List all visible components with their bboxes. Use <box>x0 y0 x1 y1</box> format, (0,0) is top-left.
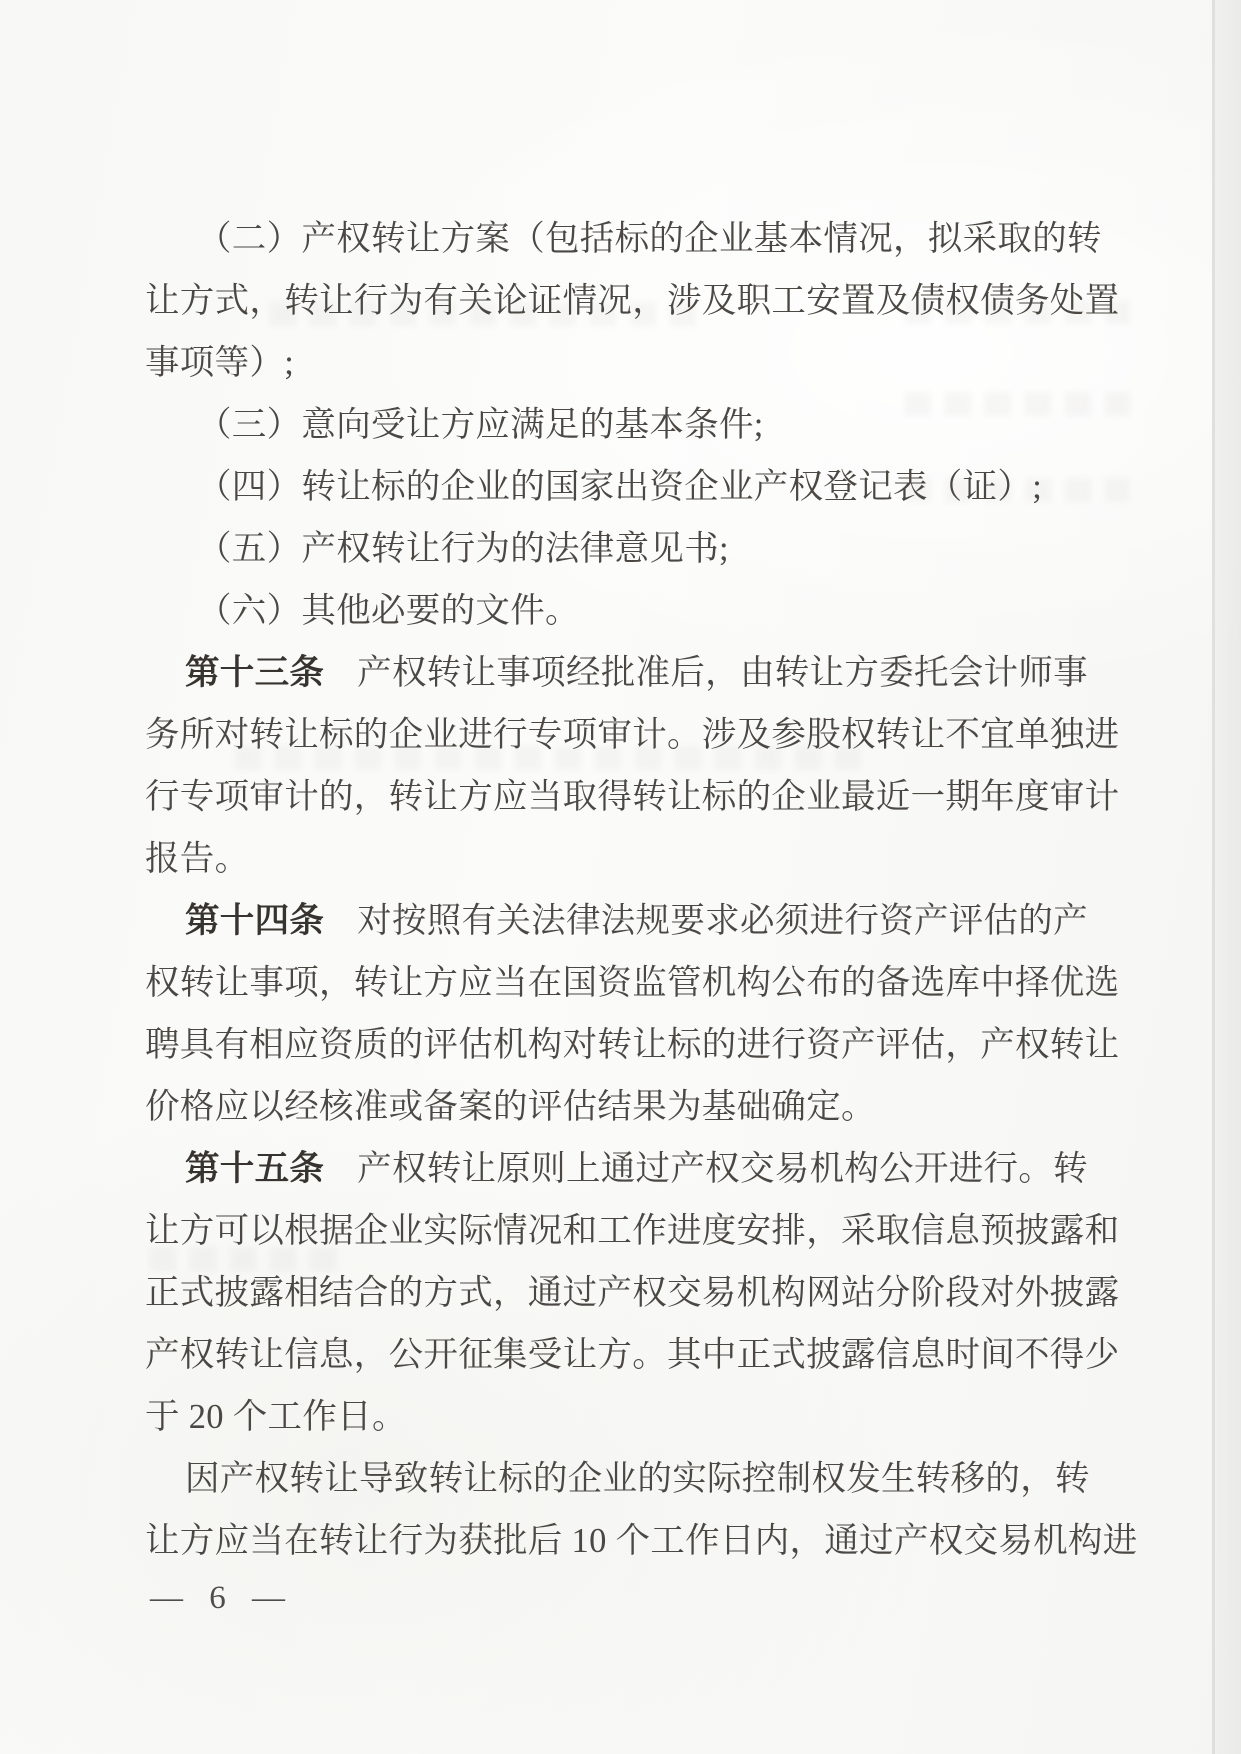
line-text: 权转让事项，转让方应当在国资监管机构公布的备选库中择优选 <box>145 964 1119 1002</box>
text-line: 让方式，转让行为有关论证情况，涉及职工安置及债权债务处置 <box>145 270 1155 332</box>
scanned-document-page: { "colors": { "paper": "#f8f8f6", "body_… <box>0 0 1241 1754</box>
text-line: 务所对转让标的企业进行专项审计。涉及参股权转让不宜单独进 <box>145 704 1155 766</box>
line-text: 行专项审计的，转让方应当取得转让标的企业最近一期年度审计 <box>145 778 1119 816</box>
text-line: 于 20 个工作日。 <box>145 1386 1155 1448</box>
line-text: （二）产权转让方案（包括标的企业基本情况，拟采取的转 <box>197 220 1102 258</box>
line-text: （六）其他必要的文件。 <box>197 592 580 630</box>
line-text: 让方应当在转让行为获批后 10 个工作日内，通过产权交易机构进 <box>145 1522 1138 1560</box>
text-line: 聘具有相应资质的评估机构对转让标的进行资产评估，产权转让 <box>145 1014 1155 1076</box>
line-text: 事项等）; <box>145 344 294 382</box>
text-line: （四）转让标的企业的国家出资企业产权登记表（证）; <box>145 456 1155 518</box>
line-text: 正式披露相结合的方式，通过产权交易机构网站分阶段对外披露 <box>145 1274 1119 1312</box>
article-number-label: 第十四条 <box>185 902 324 940</box>
text-line: 因产权转让导致转让标的企业的实际控制权发生转移的，转 <box>145 1448 1155 1510</box>
line-text: 因产权转让导致转让标的企业的实际控制权发生转移的，转 <box>185 1460 1090 1498</box>
text-line: 事项等）; <box>145 332 1155 394</box>
line-text: 聘具有相应资质的评估机构对转让标的进行资产评估，产权转让 <box>145 1026 1119 1064</box>
text-line: 正式披露相结合的方式，通过产权交易机构网站分阶段对外披露 <box>145 1262 1155 1324</box>
line-text: 让方可以根据企业实际情况和工作进度安排，采取信息预披露和 <box>145 1212 1119 1250</box>
text-line: 价格应以经核准或备案的评估结果为基础确定。 <box>145 1076 1155 1138</box>
scan-edge-strip <box>1215 0 1241 1754</box>
text-line: 权转让事项，转让方应当在国资监管机构公布的备选库中择优选 <box>145 952 1155 1014</box>
line-text: 价格应以经核准或备案的评估结果为基础确定。 <box>145 1088 876 1126</box>
article-number-label: 第十五条 <box>185 1150 324 1188</box>
text-line: （三）意向受让方应满足的基本条件; <box>145 394 1155 456</box>
text-line: 报告。 <box>145 828 1155 890</box>
text-line: 第十五条 产权转让原则上通过产权交易机构公开进行。转 <box>145 1138 1155 1200</box>
line-text: 于 20 个工作日。 <box>145 1398 407 1436</box>
article-number-label: 第十三条 <box>185 654 324 692</box>
line-text: 产权转让事项经批准后，由转让方委托会计师事 <box>357 654 1088 692</box>
line-text: （四）转让标的企业的国家出资企业产权登记表（证）; <box>197 468 1042 506</box>
text-line: 第十三条 产权转让事项经批准后，由转让方委托会计师事 <box>145 642 1155 704</box>
page-number: — 6 — <box>150 1578 294 1618</box>
line-text: 产权转让原则上通过产权交易机构公开进行。转 <box>357 1150 1088 1188</box>
line-text: （五）产权转让行为的法律意见书; <box>197 530 729 568</box>
text-line: 让方应当在转让行为获批后 10 个工作日内，通过产权交易机构进 <box>145 1510 1155 1572</box>
text-line: （二）产权转让方案（包括标的企业基本情况，拟采取的转 <box>145 208 1155 270</box>
text-line: 产权转让信息，公开征集受让方。其中正式披露信息时间不得少 <box>145 1324 1155 1386</box>
text-line: 让方可以根据企业实际情况和工作进度安排，采取信息预披露和 <box>145 1200 1155 1262</box>
line-text: 对按照有关法律法规要求必须进行资产评估的产 <box>357 902 1088 940</box>
document-text: （二）产权转让方案（包括标的企业基本情况，拟采取的转 让方式，转让行为有关论证情… <box>145 208 1155 1572</box>
line-text: 报告。 <box>145 840 249 878</box>
line-text: 务所对转让标的企业进行专项审计。涉及参股权转让不宜单独进 <box>145 716 1119 754</box>
line-text: （三）意向受让方应满足的基本条件; <box>197 406 764 444</box>
text-line: 行专项审计的，转让方应当取得转让标的企业最近一期年度审计 <box>145 766 1155 828</box>
text-line: （五）产权转让行为的法律意见书; <box>145 518 1155 580</box>
text-line: 第十四条 对按照有关法律法规要求必须进行资产评估的产 <box>145 890 1155 952</box>
text-line: （六）其他必要的文件。 <box>145 580 1155 642</box>
line-text: 让方式，转让行为有关论证情况，涉及职工安置及债权债务处置 <box>145 282 1119 320</box>
line-text: 产权转让信息，公开征集受让方。其中正式披露信息时间不得少 <box>145 1336 1119 1374</box>
